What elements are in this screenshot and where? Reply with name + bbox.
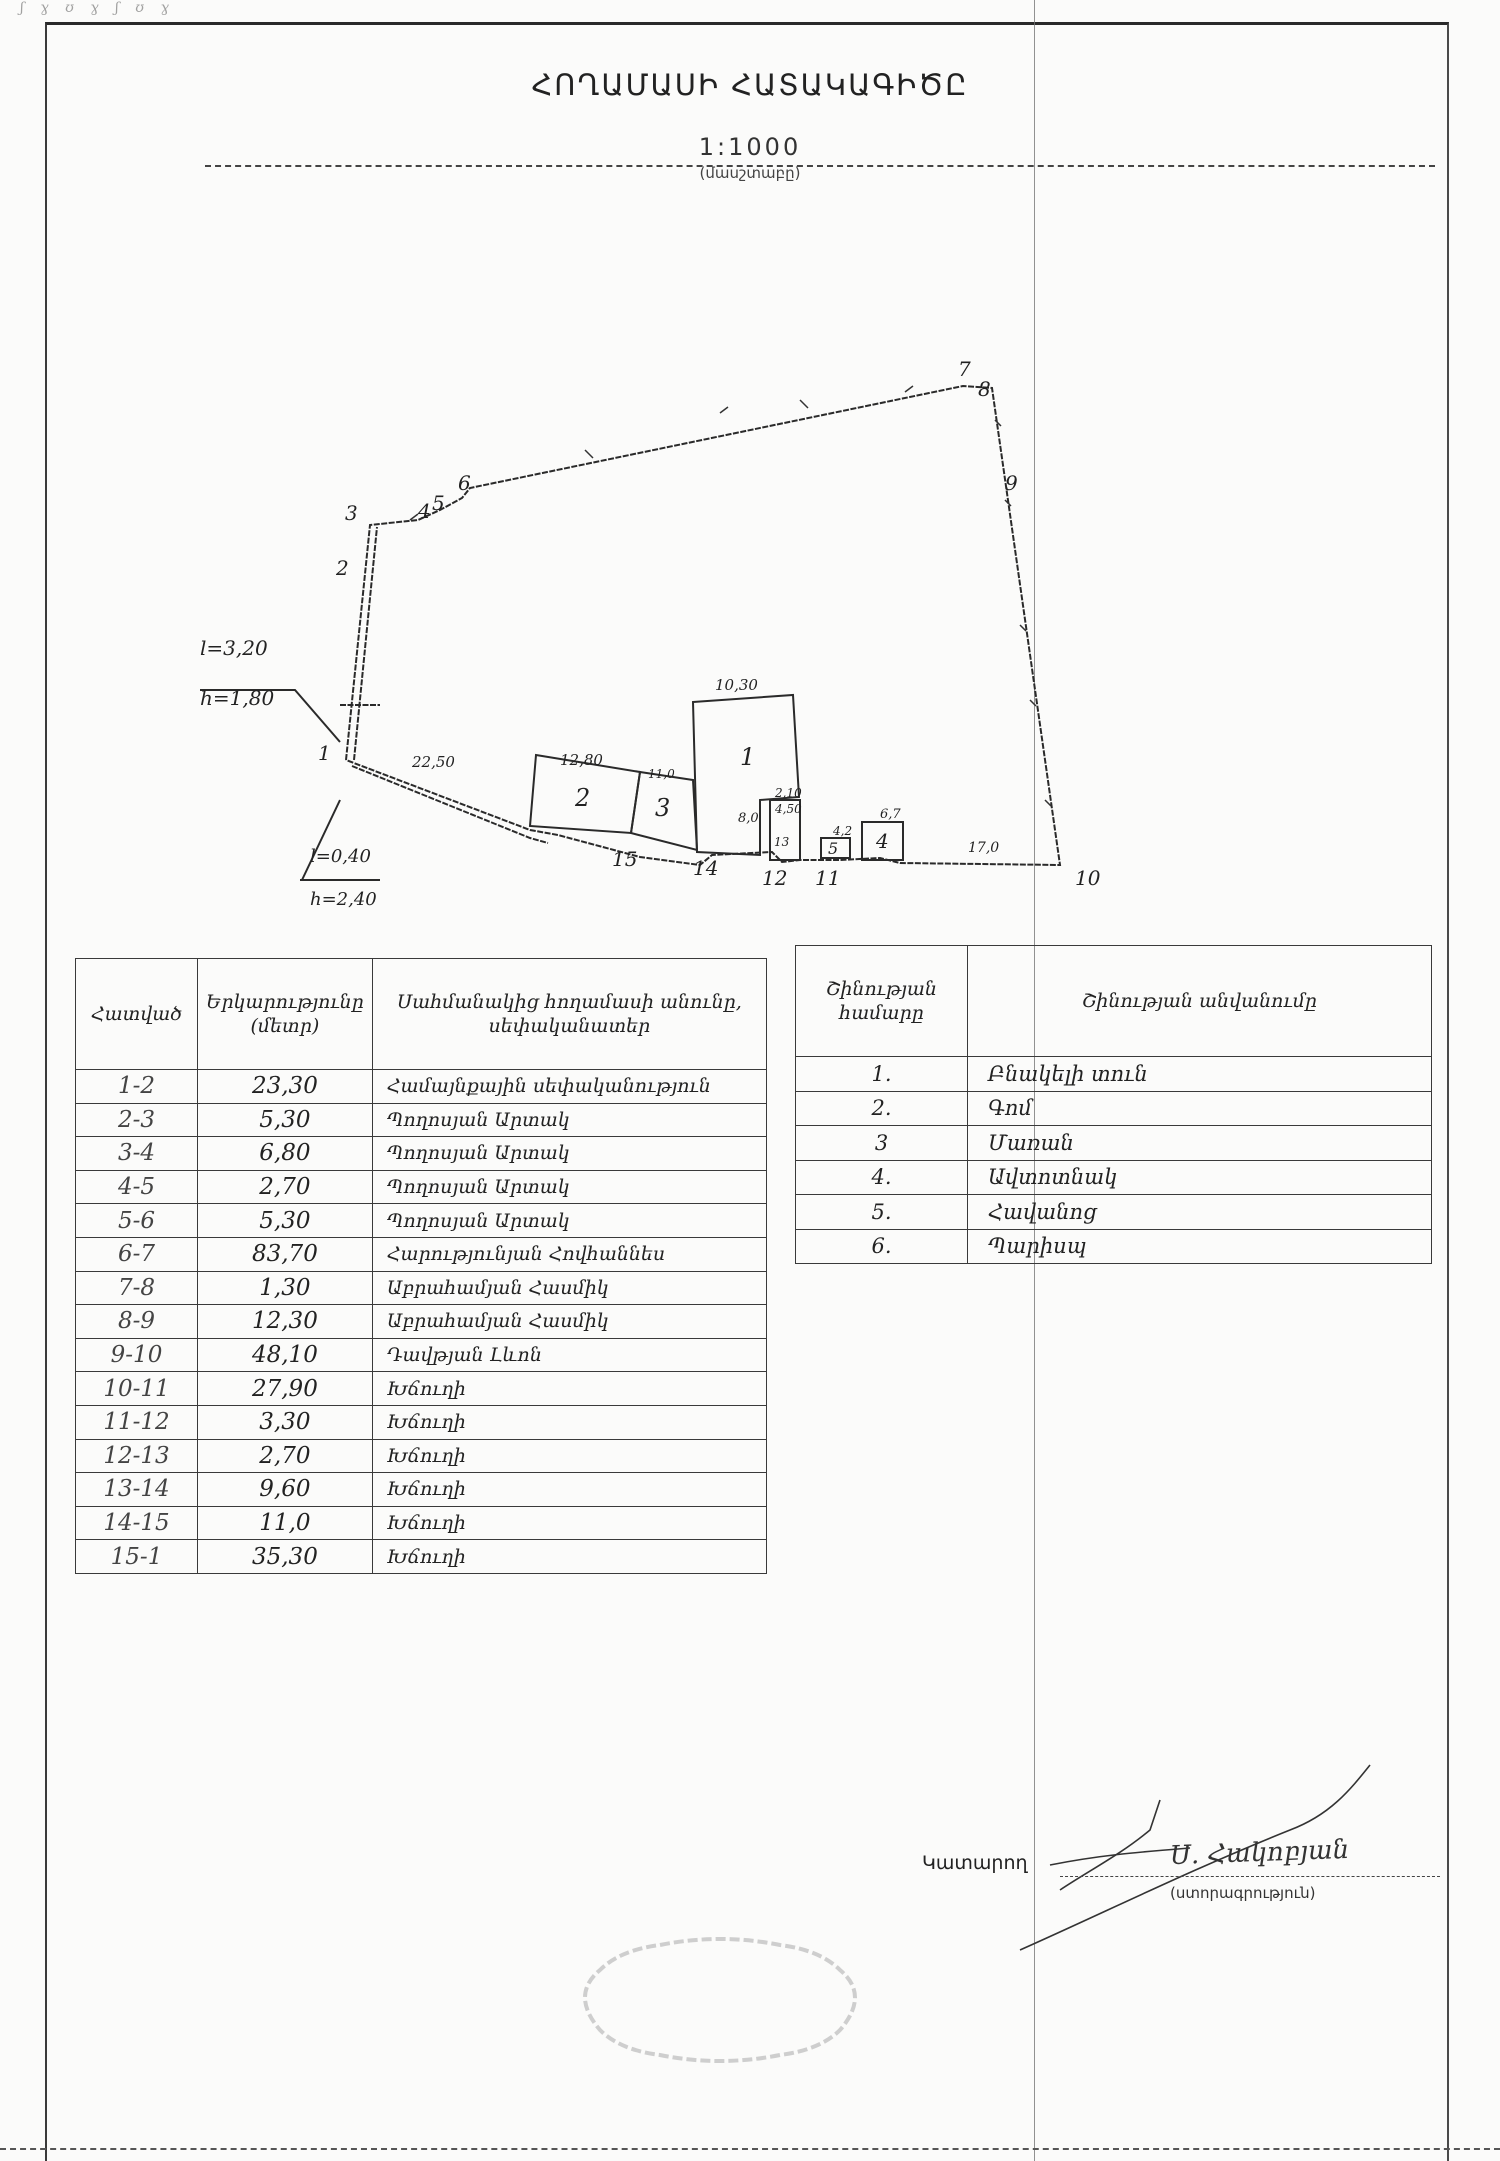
land-plot-plan: 1 2 3 4 5 6 7 8 9 10 11 12 13 14 15 1 2 … (0, 0, 1500, 950)
table-row: 3Մառան (796, 1126, 1432, 1161)
neighbor-cell: Խճուղի (372, 1540, 766, 1574)
building-name-cell: Պարիսպ (968, 1229, 1432, 1264)
header-neighbor: Սահմանակից հողամասի անունը, սեփականատեր (372, 959, 766, 1070)
svg-text:2,10: 2,10 (774, 786, 802, 800)
table-row: 2-35,30Պողոսյան Արտակ (76, 1103, 767, 1137)
neighbor-cell: Խճուղի (372, 1405, 766, 1439)
plot-boundary (346, 386, 1060, 865)
table-row: 12-132,70Խճուղի (76, 1439, 767, 1473)
svg-text:13: 13 (774, 835, 790, 849)
svg-text:6,7: 6,7 (880, 807, 901, 822)
segment-cell: 15-1 (76, 1540, 198, 1574)
svg-text:2: 2 (335, 556, 349, 580)
boundary-table-header: Հատված Երկարությունը (մետր) Սահմանակից հ… (76, 959, 767, 1070)
header-segment: Հատված (76, 959, 198, 1070)
segment-cell: 3-4 (76, 1137, 198, 1171)
svg-text:12: 12 (762, 866, 787, 890)
length-cell: 2,70 (198, 1439, 373, 1473)
boundary-table: Հատված Երկարությունը (մետր) Սահմանակից հ… (75, 958, 767, 1574)
svg-text:17,0: 17,0 (968, 840, 999, 856)
segment-cell: 8-9 (76, 1305, 198, 1339)
segment-cell: 14-15 (76, 1506, 198, 1540)
neighbor-cell: Աբրահամյան Հասմիկ (372, 1305, 766, 1339)
segment-cell: 12-13 (76, 1439, 198, 1473)
header-length: Երկարությունը (մետր) (198, 959, 373, 1070)
building-number-cell: 1. (796, 1057, 968, 1092)
neighbor-cell: Համայնքային սեփականություն (372, 1070, 766, 1104)
segment-cell: 4-5 (76, 1170, 198, 1204)
building-name-cell: Մառան (968, 1126, 1432, 1161)
segment-cell: 1-2 (76, 1070, 198, 1104)
table-row: 8-912,30Աբրահամյան Հասմիկ (76, 1305, 767, 1339)
svg-text:10: 10 (1075, 866, 1101, 890)
segment-cell: 2-3 (76, 1103, 198, 1137)
svg-text:14: 14 (693, 856, 718, 880)
stamp-outline (540, 1925, 900, 2075)
table-row: 9-1048,10Դավթյան Լևոն (76, 1338, 767, 1372)
building-number-cell: 4. (796, 1160, 968, 1195)
svg-text:h=1,80: h=1,80 (200, 686, 274, 710)
page-bottom-edge (0, 2148, 1500, 2150)
table-row: 13-149,60Խճուղի (76, 1473, 767, 1507)
svg-text:4: 4 (875, 829, 889, 853)
length-cell: 11,0 (198, 1506, 373, 1540)
signature-caption: (ստորագրություն) (1170, 1884, 1316, 1902)
svg-text:1: 1 (740, 743, 755, 771)
svg-text:11,0: 11,0 (648, 767, 675, 781)
length-cell: 5,30 (198, 1103, 373, 1137)
svg-text:3: 3 (655, 794, 670, 822)
svg-text:10,30: 10,30 (715, 676, 758, 694)
svg-text:12,80: 12,80 (560, 751, 603, 769)
building-name-cell: Գոմ (968, 1091, 1432, 1126)
neighbor-cell: Հարությունյան Հովհաննես (372, 1237, 766, 1271)
neighbor-cell: Խճուղի (372, 1506, 766, 1540)
svg-text:9: 9 (1005, 471, 1018, 495)
svg-text:l=0,40: l=0,40 (310, 846, 371, 867)
neighbor-cell: Աբրահամյան Հասմիկ (372, 1271, 766, 1305)
svg-text:8,0: 8,0 (738, 811, 759, 826)
building-name-cell: Հավանոց (968, 1195, 1432, 1230)
header-building-number: Շինության համարը (796, 946, 968, 1057)
table-row: 10-1127,90Խճուղի (76, 1372, 767, 1406)
table-row: 6.Պարիսպ (796, 1229, 1432, 1264)
svg-text:5: 5 (432, 491, 445, 515)
segment-cell: 11-12 (76, 1405, 198, 1439)
executor-name: Ս. Հակոբյան (1170, 1835, 1350, 1871)
neighbor-cell: Խճուղի (372, 1372, 766, 1406)
building-number-cell: 5. (796, 1195, 968, 1230)
svg-text:h=2,40: h=2,40 (310, 889, 377, 910)
segment-cell: 9-10 (76, 1338, 198, 1372)
length-cell: 27,90 (198, 1372, 373, 1406)
table-row: 5.Հավանոց (796, 1195, 1432, 1230)
length-cell: 35,30 (198, 1540, 373, 1574)
svg-text:2: 2 (574, 784, 590, 812)
table-row: 1.Բնակելի տուն (796, 1057, 1432, 1092)
segment-cell: 10-11 (76, 1372, 198, 1406)
building-number-cell: 6. (796, 1229, 968, 1264)
length-cell: 12,30 (198, 1305, 373, 1339)
segment-cell: 6-7 (76, 1237, 198, 1271)
table-row: 4.Ավտոտնակ (796, 1160, 1432, 1195)
svg-text:22,50: 22,50 (411, 753, 455, 771)
executor-label: Կատարող (922, 1852, 1028, 1874)
length-cell: 83,70 (198, 1237, 373, 1271)
neighbor-cell: Խճուղի (372, 1439, 766, 1473)
length-cell: 9,60 (198, 1473, 373, 1507)
svg-text:15: 15 (612, 847, 637, 871)
svg-text:11: 11 (815, 866, 840, 890)
building-table: Շինության համարը Շինության անվանումը 1.Բ… (795, 945, 1432, 1264)
length-cell: 2,70 (198, 1170, 373, 1204)
neighbor-cell: Խճուղի (372, 1473, 766, 1507)
header-building-name: Շինության անվանումը (968, 946, 1432, 1057)
length-cell: 23,30 (198, 1070, 373, 1104)
length-cell: 5,30 (198, 1204, 373, 1238)
table-row: 1-223,30Համայնքային սեփականություն (76, 1070, 767, 1104)
neighbor-cell: Պողոսյան Արտակ (372, 1137, 766, 1171)
svg-text:1: 1 (318, 741, 331, 765)
table-row: 6-783,70Հարությունյան Հովհաննես (76, 1237, 767, 1271)
table-row: 15-135,30Խճուղի (76, 1540, 767, 1574)
signature-line (1060, 1876, 1440, 1877)
neighbor-cell: Պողոսյան Արտակ (372, 1204, 766, 1238)
svg-text:8: 8 (978, 377, 991, 401)
building-name-cell: Ավտոտնակ (968, 1160, 1432, 1195)
building-number-cell: 3 (796, 1126, 968, 1161)
length-cell: 3,30 (198, 1405, 373, 1439)
building-1 (693, 695, 799, 855)
neighbor-cell: Պողոսյան Արտակ (372, 1170, 766, 1204)
svg-text:7: 7 (958, 357, 971, 381)
table-row: 5-65,30Պողոսյան Արտակ (76, 1204, 767, 1238)
neighbor-cell: Պողոսյան Արտակ (372, 1103, 766, 1137)
svg-text:l=3,20: l=3,20 (200, 636, 268, 660)
segment-cell: 13-14 (76, 1473, 198, 1507)
table-row: 2.Գոմ (796, 1091, 1432, 1126)
neighbor-cell: Դավթյան Լևոն (372, 1338, 766, 1372)
length-cell: 48,10 (198, 1338, 373, 1372)
table-row: 11-123,30Խճուղի (76, 1405, 767, 1439)
svg-text:4,50: 4,50 (774, 802, 802, 816)
building-table-header: Շինության համարը Շինության անվանումը (796, 946, 1432, 1057)
building-number-cell: 2. (796, 1091, 968, 1126)
svg-text:3: 3 (345, 501, 358, 525)
segment-cell: 7-8 (76, 1271, 198, 1305)
table-row: 4-52,70Պողոսյան Արտակ (76, 1170, 767, 1204)
svg-text:6: 6 (458, 471, 471, 495)
table-row: 3-46,80Պողոսյան Արտակ (76, 1137, 767, 1171)
table-row: 14-1511,0Խճուղի (76, 1506, 767, 1540)
length-cell: 6,80 (198, 1137, 373, 1171)
svg-text:4,2: 4,2 (832, 824, 852, 838)
building-name-cell: Բնակելի տուն (968, 1057, 1432, 1092)
length-cell: 1,30 (198, 1271, 373, 1305)
svg-text:5: 5 (828, 839, 838, 858)
svg-text:4: 4 (417, 499, 431, 523)
table-row: 7-81,30Աբրահամյան Հասմիկ (76, 1271, 767, 1305)
segment-cell: 5-6 (76, 1204, 198, 1238)
